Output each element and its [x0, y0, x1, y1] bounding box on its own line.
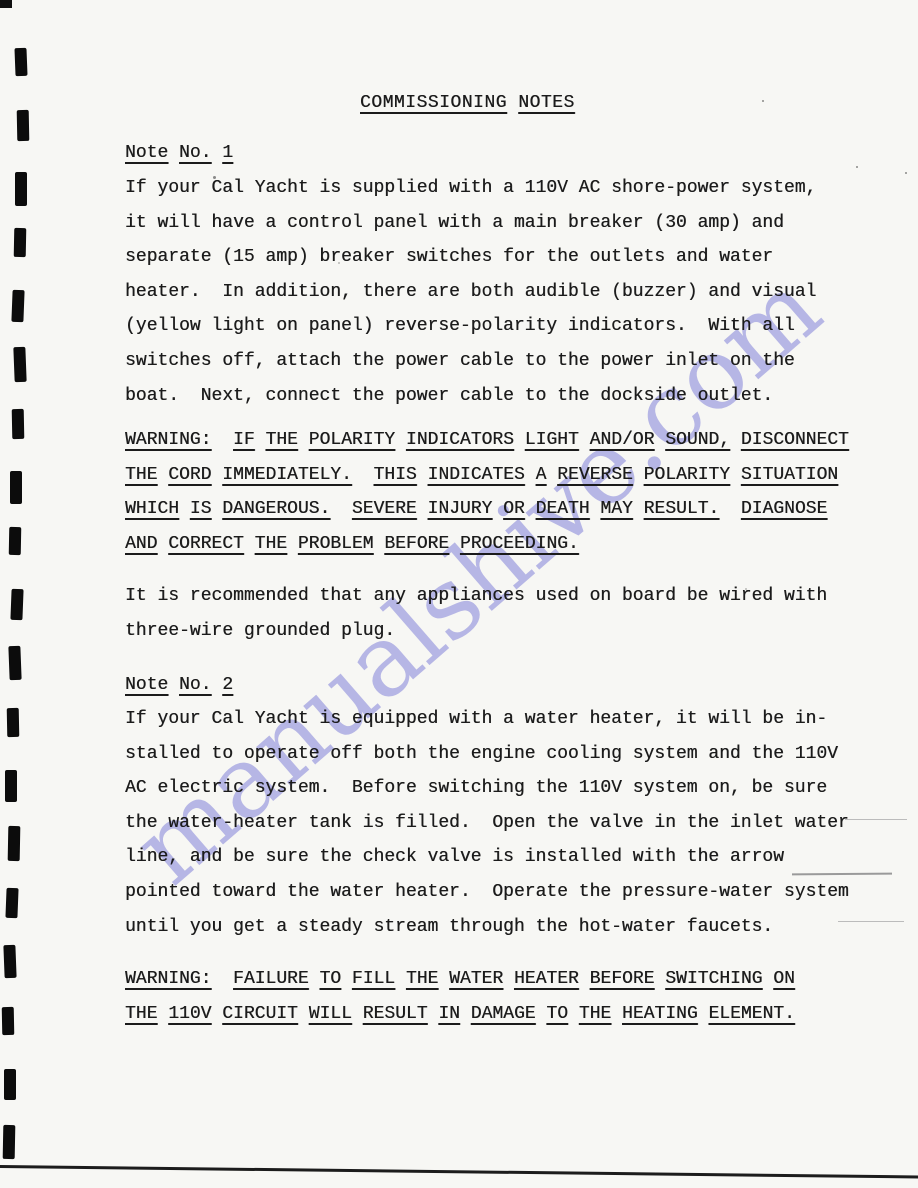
binding-hole: [8, 646, 21, 680]
binding-hole: [10, 471, 22, 504]
text-line: WARNING: IF THE POLARITY INDICATORS LIGH…: [125, 423, 849, 458]
page-title: COMMISSIONING NOTES: [360, 86, 575, 121]
binding-hole: [12, 409, 25, 439]
note2-warning: WARNING: FAILURE TO FILL THE WATER HEATE…: [125, 962, 795, 1031]
text-line: Note No. 2: [125, 668, 233, 703]
scan-speck: [905, 172, 907, 174]
text-line: until you get a steady stream through th…: [125, 910, 849, 945]
text-line: boat. Next, connect the power cable to t…: [125, 379, 816, 414]
binding-hole: [8, 527, 21, 555]
scan-corner-artifact: [0, 0, 12, 8]
binding-hole: [5, 770, 17, 802]
binding-hole: [4, 1069, 16, 1100]
binding-hole: [11, 290, 24, 322]
text-line: WARNING: FAILURE TO FILL THE WATER HEATE…: [125, 962, 795, 997]
text-line: separate (15 amp) breaker switches for t…: [125, 240, 816, 275]
binding-hole: [14, 48, 27, 76]
binding-hole: [2, 1125, 15, 1159]
note2-heading: Note No. 2: [125, 668, 233, 703]
binding-hole: [3, 945, 16, 978]
binding-hole: [13, 347, 26, 382]
text-line: stalled to operate off both the engine c…: [125, 737, 849, 772]
text-line: three-wire grounded plug.: [125, 614, 827, 649]
note1-body: If your Cal Yacht is supplied with a 110…: [125, 171, 816, 413]
scan-speck: [856, 166, 858, 168]
text-line: THE 110V CIRCUIT WILL RESULT IN DAMAGE T…: [125, 997, 795, 1032]
text-line: line, and be sure the check valve is ins…: [125, 840, 849, 875]
note1-recommendation: It is recommended that any appliances us…: [125, 579, 827, 648]
scan-speck: [762, 100, 764, 102]
text-line: AND CORRECT THE PROBLEM BEFORE PROCEEDIN…: [125, 527, 849, 562]
text-line: If your Cal Yacht is supplied with a 110…: [125, 171, 816, 206]
binding-hole: [5, 888, 18, 918]
binding-hole: [2, 1007, 15, 1035]
note1-heading: Note No. 1: [125, 136, 233, 171]
note2-body: If your Cal Yacht is equipped with a wat…: [125, 702, 849, 944]
text-line: pointed toward the water heater. Operate…: [125, 875, 849, 910]
binding-hole: [15, 172, 27, 206]
binding-hole: [7, 708, 20, 737]
page-bottom-edge-line: [0, 1165, 918, 1179]
text-line: WHICH IS DANGEROUS. SEVERE INJURY OR DEA…: [125, 492, 849, 527]
text-line: it will have a control panel with a main…: [125, 206, 816, 241]
text-line: switches off, attach the power cable to …: [125, 344, 816, 379]
binding-hole: [10, 589, 23, 620]
text-line: (yellow light on panel) reverse-polarity…: [125, 309, 816, 344]
note1-warning: WARNING: IF THE POLARITY INDICATORS LIGH…: [125, 423, 849, 561]
text-line: AC electric system. Before switching the…: [125, 771, 849, 806]
text-line: THE CORD IMMEDIATELY. THIS INDICATES A R…: [125, 458, 849, 493]
text-line: heater. In addition, there are both audi…: [125, 275, 816, 310]
scanned-document-page: manualshive.com COMMISSIONING NOTES Note…: [0, 0, 918, 1188]
binding-hole: [17, 110, 30, 141]
text-line: the water-heater tank is filled. Open th…: [125, 806, 849, 841]
text-line: Note No. 1: [125, 136, 233, 171]
text-line: COMMISSIONING NOTES: [360, 86, 575, 121]
text-line: It is recommended that any appliances us…: [125, 579, 827, 614]
text-line: If your Cal Yacht is equipped with a wat…: [125, 702, 849, 737]
binding-hole: [7, 826, 20, 861]
binding-hole: [13, 228, 26, 257]
scan-artifact-line: [845, 819, 907, 820]
